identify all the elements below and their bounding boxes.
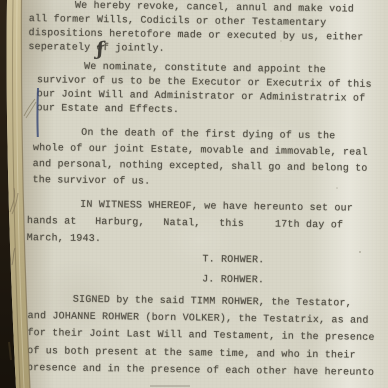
typewritten-text-layer: We hereby revoke, cancel, annul and make…	[0, 0, 388, 388]
will-paragraph-witness-clause: IN WITNESS WHEREOF, we have hereunto set…	[27, 196, 354, 252]
text-line: J. ROHWER.	[202, 270, 264, 291]
will-paragraph-attestation: SIGNED by the said TIMM ROHWER, the Test…	[27, 291, 375, 382]
typed-signatures-block: T. ROHWER.J. ROHWER.	[202, 250, 265, 291]
will-paragraph-revocation: We hereby revoke, cancel, annul and make…	[28, 0, 364, 60]
will-paragraph-executor-nomination: We nominate, constitute and appoint thes…	[36, 60, 372, 121]
scanned-will-page-photo: We hereby revoke, cancel, annul and make…	[0, 0, 388, 388]
will-paragraph-estate-devolution: On the death of the first dying of us th…	[32, 125, 368, 194]
text-line: T. ROHWER.	[202, 250, 264, 271]
